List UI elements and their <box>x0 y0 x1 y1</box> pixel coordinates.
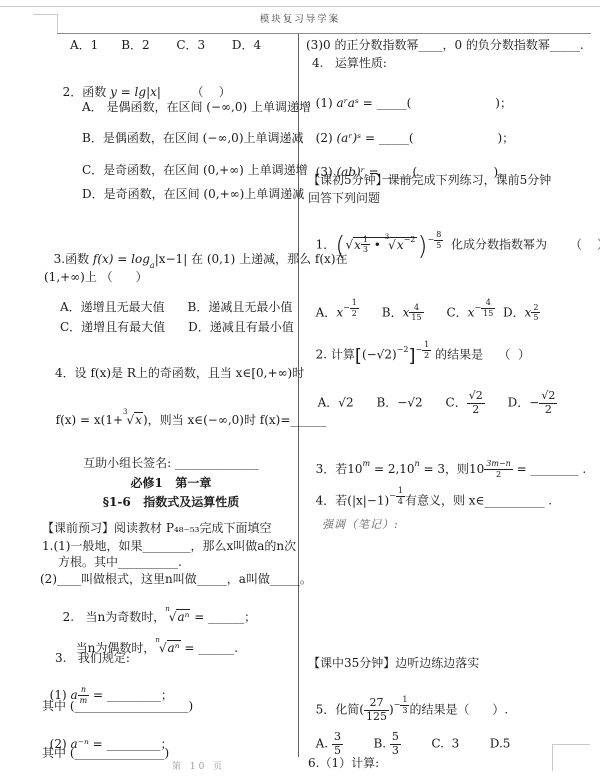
fraction-denominator: 2 <box>422 351 431 361</box>
preview-header: 【课前预习】阅读教材 P₄₈₋₅₃完成下面填空 <box>42 521 271 536</box>
fraction-numerator: 4 <box>409 303 423 314</box>
fraction-denominator: 5 <box>531 313 540 323</box>
option-a-fraction: 35 <box>332 731 343 757</box>
fraction-numerator: 2 <box>531 303 540 314</box>
problem-3-line2: (1,+∞)上 （ ） <box>44 270 148 285</box>
log-base-subscript: a <box>150 261 155 270</box>
option-b-fraction: 53 <box>390 731 401 757</box>
option-a: A．√2 <box>318 396 377 410</box>
table-corner-mark-top-left-h <box>33 14 57 15</box>
option-b-label: B. <box>343 737 390 751</box>
problem-2-option-c: C．是奇函数，在区间 (0,+∞) 上单调递增 <box>82 163 308 178</box>
option-c-label: C． <box>446 396 467 410</box>
exponent-one-third: 13 <box>361 235 370 255</box>
fraction-numerator: 4 <box>481 298 495 309</box>
property-1: (1) aʳaˢ = _____( )； <box>308 81 512 111</box>
minus-sign: − <box>394 701 401 710</box>
option-d-label: D．− <box>485 396 540 410</box>
fraction-denominator: 3 <box>390 745 401 758</box>
fraction-numerator: 1 <box>400 695 409 706</box>
odd-suffix: = ______； <box>190 610 256 624</box>
problem-4-math-b: )，则当 x∈(−∞,0)时 f(x)=______ <box>143 413 326 427</box>
problem-2-prefix: 2．函数 <box>63 85 110 99</box>
exercise-5-p2: 的结果是（ ）. <box>409 703 508 717</box>
problem-3-text-a: 3.函数 <box>54 252 93 266</box>
multiplication-dot: • <box>370 238 385 252</box>
option-b: B．−√2 <box>376 396 445 410</box>
fraction-numerator: 3m−n <box>484 459 513 470</box>
option-b-label: B． <box>359 306 403 320</box>
option-d-fraction: √22 <box>539 390 557 416</box>
fraction-numerator: 5 <box>390 731 401 745</box>
problem-2-math: y = lg|x| <box>110 85 161 99</box>
big-paren-close: ) <box>417 232 427 262</box>
big-bracket-close: ] <box>408 346 415 367</box>
fraction-numerator: 1 <box>361 235 370 246</box>
section-title: §1-6 指数式及运算性质 <box>42 495 300 510</box>
page-number-footer: 第 10 页 <box>172 759 225 772</box>
problem-3-options-cd: C．递增且有最大值 D．递减且有最小值 <box>60 320 294 335</box>
option-d-exponent: 25 <box>531 303 540 323</box>
fraction-numerator: n <box>78 685 90 696</box>
exercise-2-inner: (−√2) <box>362 348 397 362</box>
prop1-math: aʳaˢ <box>336 96 359 110</box>
page-top-edge <box>0 6 600 7</box>
fraction-denominator: 5 <box>434 241 443 251</box>
root-index: 3 <box>385 233 389 241</box>
option-b-base: x <box>403 306 410 320</box>
exponent-fraction: −13 <box>394 695 410 715</box>
problem-2-option-a: A． 是偶函数，在区间 (−∞,0) 上单调递增 <box>82 100 311 115</box>
fraction-numerator: 8 <box>434 230 443 241</box>
exponent-fraction: 3m−n2 <box>484 459 513 479</box>
option-a-exponent: −12 <box>343 298 359 318</box>
radicand: aⁿ <box>176 609 190 624</box>
exercise-6-header: 6.（1）计算: <box>308 756 379 771</box>
odd-prefix: 2. 当n为奇数时， <box>63 610 166 624</box>
module-title: 必修1 第一章 <box>42 476 300 491</box>
exercise-4-p1: 4．若(|x|−1) <box>316 494 390 508</box>
fraction-denominator: 15 <box>481 309 495 319</box>
regulation-1-condition: 其中 (___________________) <box>42 699 193 714</box>
page-header-title: 模块复习导学案 <box>0 11 600 25</box>
outer-exponent: −12 <box>415 340 431 360</box>
q1-options-row: A．1 B．2 C．3 D．4 <box>70 38 261 53</box>
fraction-denominator: 4 <box>396 497 405 507</box>
radicand: x <box>134 412 143 427</box>
fraction-numerator: 27 <box>364 697 389 711</box>
exercise-4-p2: 有意义，则 x∈__________ . <box>405 494 552 508</box>
option-c-exponent: −415 <box>474 298 495 318</box>
problem-2-choice-paren: （ ） <box>161 85 231 99</box>
option-c-base: x <box>468 306 475 320</box>
sqrt-icon: √ <box>388 238 396 252</box>
big-paren-open: ( <box>335 232 345 262</box>
base-x: x <box>397 238 404 252</box>
exercise-5-p1: 5．化简( <box>316 703 364 717</box>
exercise-4: 4．若(|x|−1)−14有意义，则 x∈__________ . <box>308 478 552 513</box>
inner-cube-root: 3√x−2 <box>385 238 417 252</box>
group-leader-signature-line: 互助小组长签名: ______________ <box>42 456 300 471</box>
fraction-denominator: 2 <box>467 404 485 417</box>
zero-powers-line: (3)0 的正分数指数幂____，0 的负分数指数幂_____. <box>306 38 584 53</box>
outer-exponent: −85 <box>428 230 444 250</box>
prop2-prefix: (2) <box>316 131 337 145</box>
problem-4-line2: f(x) = x(1+3√x)，则当 x∈(−∞,0)时 f(x)=______ <box>48 398 326 428</box>
problem-3-math: f(x) = log <box>93 252 150 266</box>
exercise-3-p1: 3．若10 <box>316 462 363 476</box>
root-index: 3 <box>123 408 127 416</box>
exponent-m: m <box>363 459 371 468</box>
prop1-prefix: (1) <box>316 96 337 110</box>
fill-blank-1-line1: 1.(1)一般地，如果________，那么x叫做a的n次 <box>42 539 296 554</box>
exercise-1: 1．(√x13 • 3√x−2)−85 化成分数指数幂为 （ ） <box>308 222 600 262</box>
fraction-denominator: 3 <box>400 706 409 716</box>
mid-class-header: 【课中35分钟】边听边练边落实 <box>308 656 479 671</box>
radicand: aⁿ <box>167 640 181 655</box>
minus-sign: − <box>474 304 481 313</box>
problem-2-option-b: B．是偶函数，在区间 (−∞,0)上单调递减 <box>82 131 304 146</box>
fraction-denominator: 3 <box>361 245 370 255</box>
base-x: x <box>354 238 361 252</box>
properties-header: 4. 运算性质: <box>312 56 387 71</box>
table-corner-mark-top-left-v <box>57 14 58 33</box>
fraction-denominator: 2 <box>350 309 359 319</box>
root-index: n <box>155 636 160 644</box>
inner-exponent: −2 <box>397 345 409 354</box>
table-corner-mark-bottom-right-v <box>552 744 553 771</box>
option-a-base: x <box>336 306 343 320</box>
option-a-label: A． <box>316 306 337 320</box>
exercise-3-p3: = 3，则10 <box>420 462 485 476</box>
exercise-5-options: A. 35 B. 53 C. 3 D.5 <box>308 716 510 757</box>
nth-root: n√aⁿ <box>155 641 180 655</box>
fraction-numerator: √2 <box>539 390 557 404</box>
option-d: D.5 <box>459 737 510 751</box>
exercise-1-options: A．x−12 B．x415 C．x−415 D．x25 <box>308 290 540 330</box>
exercise-1-number: 1． <box>316 238 336 252</box>
minus-sign: − <box>389 492 396 501</box>
exponent-minus-two: −2 <box>404 235 416 244</box>
exercise-2-question: 的结果是 （ ） <box>431 348 530 362</box>
option-c: C. 3 <box>401 737 459 751</box>
problem-2: 2．函数 y = lg|x| （ ） <box>55 70 231 100</box>
emphasis-notes-label: 强调（笔记）: <box>322 518 399 532</box>
exercise-2: 2. 计算[(−√2)−2]−12 的结果是 （ ） <box>308 332 530 367</box>
fraction-denominator: 15 <box>409 313 423 323</box>
header-rule <box>57 33 591 34</box>
option-d-base: x <box>525 306 532 320</box>
exercise-1-question: 化成分数指数幂为 （ ） <box>443 238 600 252</box>
exponent-fraction: −14 <box>389 486 405 506</box>
fraction-numerator: 1 <box>396 486 405 497</box>
exercise-2-options: A．√2 B．−√2 C．√22 D．−√22 <box>310 375 557 416</box>
minus-sign: − <box>415 346 422 355</box>
fraction-numerator: 1 <box>422 340 431 351</box>
big-bracket-open: [ <box>355 346 362 367</box>
prop2-math: (aʳ)ˢ <box>336 131 361 145</box>
fill-blank-1-line2: 方根。其中__________. <box>58 555 182 570</box>
option-b-exponent: 415 <box>409 303 423 323</box>
property-2: (2) (aʳ)ˢ = _____( )； <box>308 116 514 146</box>
prop2-suffix: = _____( )； <box>361 131 514 145</box>
nth-root-odd-line: 2. 当n为奇数时，n√aⁿ = ______； <box>55 595 256 625</box>
exercise-2-prefix: 2. 计算 <box>316 348 355 362</box>
rule-3-header: 3. 我们规定: <box>55 651 130 666</box>
fill-blank-2: (2)____叫做根式，这里n叫做_____，a叫做_____。 <box>40 572 312 587</box>
nth-root: n√aⁿ <box>165 610 190 624</box>
problem-4-line1: 4．设 f(x)是 R上的奇函数，且当 x∈[0,+∞)时 <box>55 366 304 381</box>
fraction-numerator: 1 <box>350 298 359 309</box>
five-min-header-line2: 回答下列问题 <box>308 191 380 206</box>
prop1-suffix: = _____( )； <box>359 96 512 110</box>
regulation-2-condition: 其中 (_______________) <box>42 746 169 761</box>
minus-sign: − <box>343 304 350 313</box>
problem-3-options-ab: A．递增且无最大值 B．递减且无最小值 <box>60 300 292 315</box>
exercise-3-p2: = 2,10 <box>370 462 414 476</box>
problem-3-line1: 3.函数 f(x) = loga|x−1| 在 (0,1) 上递减，那么 f(x… <box>46 237 348 267</box>
option-c-label: C． <box>424 306 468 320</box>
sqrt-icon: √ <box>159 641 167 655</box>
outer-square-root: √x13 • 3√x−2 <box>345 237 417 252</box>
cube-root: 3√x <box>123 413 143 427</box>
option-d-label: D． <box>495 306 524 320</box>
problem-4-math-a: f(x) = x(1+ <box>56 413 123 427</box>
option-a-label: A. <box>316 737 332 751</box>
fraction-denominator: 2 <box>539 404 557 417</box>
option-c-fraction: √22 <box>467 390 485 416</box>
five-min-header-line1: 【课初5分钟】课前完成下列练习，课前5分钟 <box>308 173 551 188</box>
sqrt-icon: √ <box>345 238 353 252</box>
problem-2-option-d: D．是奇函数，在区间 (0,+∞)上单调递减 <box>82 187 304 202</box>
fraction-numerator: √2 <box>467 390 485 404</box>
minus-sign: − <box>428 236 435 245</box>
exponent-n: n <box>415 459 420 468</box>
exercise-3-p4: = ________ . <box>513 462 586 476</box>
table-corner-mark-bottom-right-h <box>552 744 590 745</box>
even-suffix: = ______. <box>181 641 239 655</box>
fraction-numerator: 3 <box>332 731 343 745</box>
root-index: n <box>165 605 170 613</box>
